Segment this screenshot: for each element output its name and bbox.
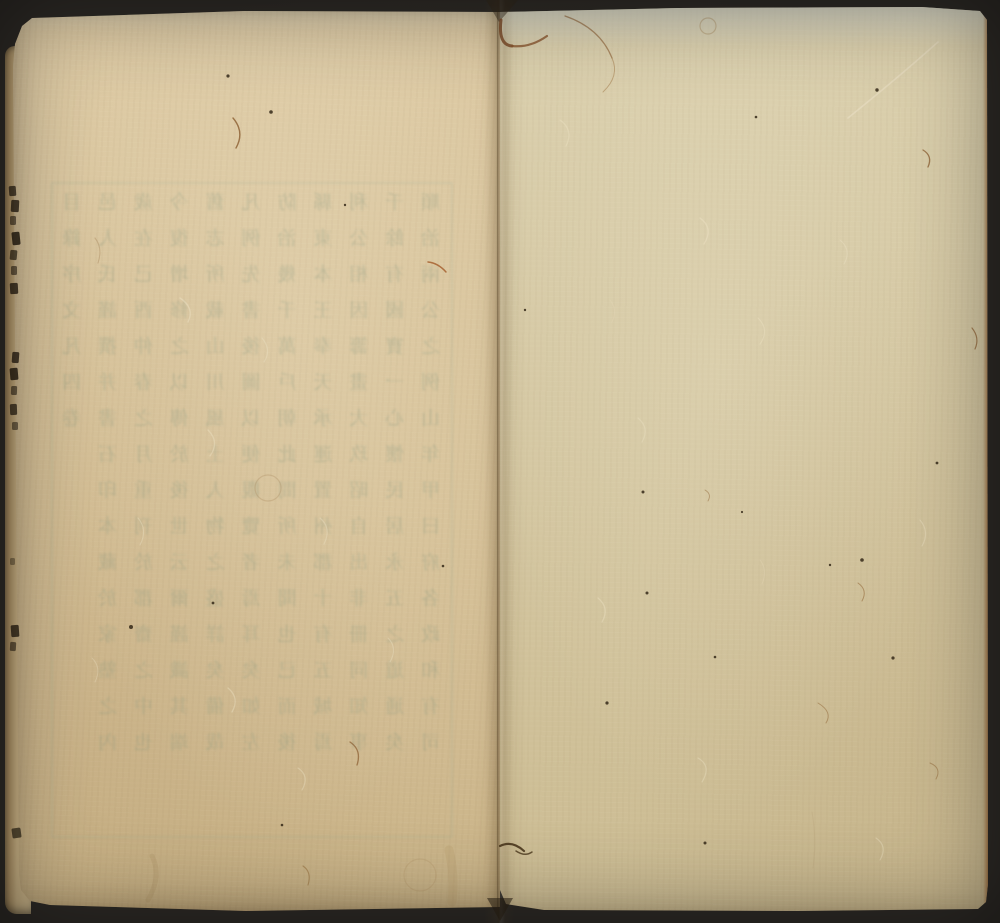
page-top-light-band bbox=[498, 4, 990, 46]
bleed-column: 千餘有國寶一心懷民居永五之道通矣 bbox=[379, 192, 412, 828]
left-page: 順治兩公之例山年甲曰府各政和有司千餘有國寶一心懷民居永五之道通矣利公相因籌畫大玖… bbox=[6, 6, 500, 914]
bleed-column: 防治幾千萬戶朝此間所未聞也已而後 bbox=[271, 192, 304, 828]
bleed-column: 利公相因籌畫大玖昭自出非冊同知事 bbox=[343, 192, 376, 828]
bleed-column: 邑人氏謹撰并書石印本藏於家塾之內 bbox=[92, 192, 125, 828]
page-right-edge bbox=[983, 4, 990, 916]
bleed-column: 今復增修之以傳於後世云爾謹識其端 bbox=[164, 192, 197, 828]
bleed-column: 舊志所載山川風土人物之盛詳矣備哉 bbox=[200, 192, 233, 828]
bleed-column: 歲在己酉仲春之月重刊於郡齋之中也 bbox=[128, 192, 161, 828]
bleed-column: 目錄序文凡四卷 bbox=[56, 192, 89, 828]
right-page bbox=[498, 4, 990, 916]
bleed-column: 順治兩公之例山年甲曰府各政和有司 bbox=[415, 192, 448, 828]
bleed-through-text: 順治兩公之例山年甲曰府各政和有司千餘有國寶一心懷民居永五之道通矣利公相因籌畫大玖… bbox=[51, 182, 453, 838]
bleed-column: 凡例先書後圖以便觀覽者焉耳矣如左 bbox=[236, 192, 269, 828]
scanned-book-spread: 順治兩公之例山年甲曰府各政和有司千餘有國寶一心懷民居永五之道通矣利公相因籌畫大玖… bbox=[0, 0, 1000, 923]
bleed-column: 縣東本王奉天承運置州郡十有五城焉 bbox=[307, 192, 340, 828]
